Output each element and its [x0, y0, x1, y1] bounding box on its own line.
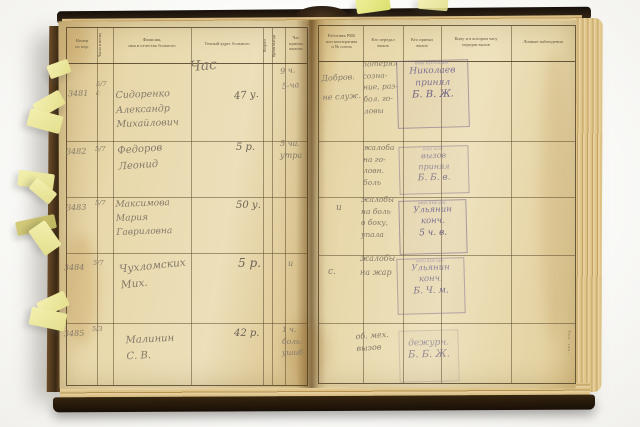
table-column-line	[272, 28, 273, 385]
patient-name: Чухломских Мих.	[118, 255, 188, 294]
table-row-line	[67, 141, 307, 142]
entry-number: 3485	[64, 328, 85, 341]
printer-mark: Тип. зак.	[567, 330, 572, 380]
column-header-number: Номер по пор.	[67, 38, 97, 49]
column-header-personal-notes: Личные наблюдения	[511, 39, 575, 45]
entry-number: 3483	[66, 202, 87, 215]
table-row-line	[319, 197, 575, 198]
caller-note: с.	[328, 266, 336, 280]
entry-number: 3484	[64, 262, 85, 275]
patient-address: 42 р.	[234, 326, 259, 342]
table-row-line	[67, 253, 307, 254]
caller-note: Добров. не служ.	[321, 67, 361, 107]
patient-name: Малинин С. В.	[125, 331, 175, 365]
stamp-handwriting: Николаев принял	[397, 64, 468, 90]
column-header-departure-time: Время выезда	[272, 30, 285, 61]
book-cover-bottom-edge	[53, 395, 595, 413]
table-row-line	[319, 323, 575, 324]
stamp-handwriting: вызов принял	[400, 150, 469, 173]
reception-stamp: ВРАЧ ПОМ. вызов принял Б. Б. в.	[398, 145, 469, 195]
table-header-line	[67, 63, 307, 64]
column-header-call-time: Час приема вызова	[285, 35, 307, 52]
patient-address: 47 у.	[233, 87, 259, 105]
stamp-handwriting: Ульянин конч.	[397, 262, 464, 287]
entry-date: 5/7	[93, 258, 103, 268]
column-header-date: Число и месяц	[98, 30, 113, 61]
complaint-note: потерял созна- ние, раз- бол. го- ловы	[362, 57, 399, 116]
patient-address: 50 у.	[236, 198, 261, 214]
handwritten-section-title: Час	[189, 55, 218, 79]
call-time: 1 ч. боль. ушиб	[282, 324, 303, 359]
photo-backdrop: Номер по пор. Число и месяц Фамилия, имя…	[0, 0, 640, 427]
complaint-note: жалобы на боль в боку, упала	[361, 194, 394, 241]
table-row-line	[319, 255, 575, 256]
reception-stamp: ВРАЧ НЕОТЛОЖН. Николаев принял Б. В. Ж.	[396, 59, 470, 129]
entry-date: 5/3	[92, 324, 102, 334]
stamp-signature: 5 ч. в.	[400, 227, 466, 239]
column-header-union-worker: Работник РКК или кооператива и № союза	[320, 33, 363, 50]
stamp-signature: Б. Б. в.	[400, 172, 468, 184]
call-time: 5 ча. утра	[280, 138, 302, 163]
stamp-signature: Б. Ч. м.	[398, 285, 464, 297]
call-time: 9 ч. 5-ча	[279, 62, 300, 94]
entry-number: 3482	[66, 146, 87, 159]
stamp-signature: Б. Б. Ж.	[400, 348, 458, 361]
page-stack-right-edge	[574, 18, 602, 392]
patient-name: Сидоренко Александр Михайлович	[115, 87, 179, 133]
complaint-note: жалоба на го- ловн. боль	[363, 142, 394, 189]
table-column-line	[263, 28, 264, 385]
patient-address: 5 р.	[236, 140, 255, 156]
patient-name: Федоров Леонид	[117, 140, 164, 174]
table-row-line	[319, 141, 575, 142]
entry-date: 5/7	[95, 144, 105, 154]
column-header-call-forwarded: Кому и в котором часу передан вызов	[441, 36, 511, 47]
reception-stamp: дежурн. Б. Б. Ж.	[398, 329, 459, 383]
table-column-line	[511, 26, 512, 383]
table-row-line	[67, 323, 307, 324]
reception-stamp: ВРАЧ ВЫЕЗДН. Ульянин конч. Б. Ч. м.	[396, 257, 465, 315]
column-header-age: Возраст	[263, 30, 272, 61]
caller-note: и	[336, 202, 342, 216]
table-column-line	[191, 28, 192, 385]
column-header-address: Точный адрес больного	[191, 41, 263, 47]
stamp-handwriting: Ульянин конч.	[399, 204, 466, 229]
stamp-signature: Б. В. Ж.	[398, 88, 468, 101]
patient-address: 5 р.	[238, 254, 261, 273]
table-column-line	[113, 28, 114, 385]
column-header-patient-name: Фамилия, имя и отчество больного	[113, 37, 191, 48]
complaint-note: жалобы на жар	[360, 252, 395, 279]
entry-number: 3481	[68, 88, 89, 101]
complaint-note: об. мех. вызов	[355, 329, 390, 356]
reception-stamp: ВРАЧ ВЫЕЗДН. Ульянин конч. 5 ч. в.	[398, 199, 467, 255]
column-header-who-took-call: Кто принял вызов	[403, 37, 441, 48]
column-header-who-passed-call: Кто передал вызов	[363, 37, 403, 48]
entry-date: 5/7 с	[96, 80, 106, 98]
call-time: и	[288, 258, 293, 270]
entry-date: 5/7	[95, 198, 105, 208]
patient-name: Максимова Мария Гавриловна	[115, 197, 172, 241]
